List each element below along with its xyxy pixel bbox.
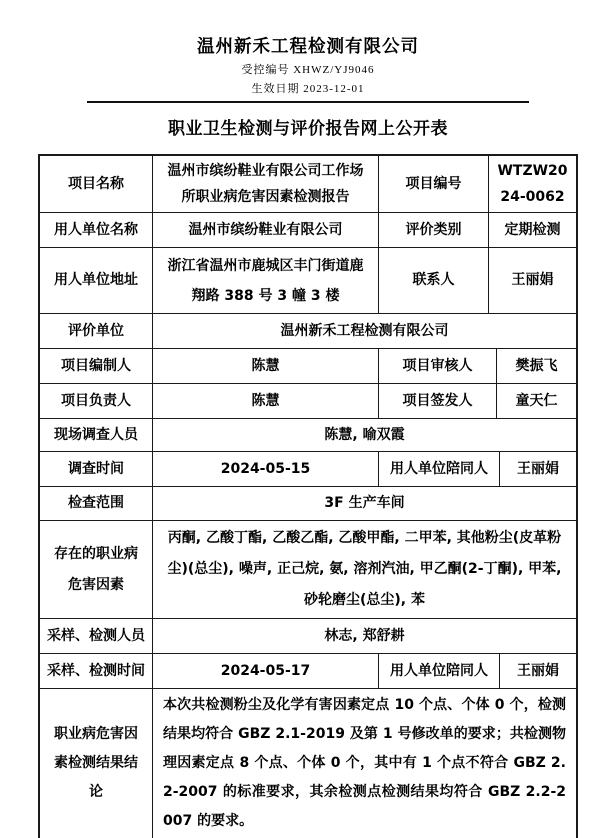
row-employer-name: 用人单位名称 温州市缤纷鞋业有限公司 评价类别 定期检测 [40, 213, 576, 248]
control-number-line: 受控编号 XHWZ/YJ9046 [0, 61, 616, 77]
project-signer-value: 童天仁 [497, 384, 576, 418]
sampling-escort-label: 用人单位陪同人 [379, 654, 500, 688]
evaluation-unit-label: 评价单位 [40, 314, 153, 348]
survey-time-label: 调查时间 [40, 452, 153, 486]
project-leader-label: 项目负责人 [40, 384, 153, 418]
survey-escort-value: 王丽娟 [500, 452, 576, 486]
report-table: 项目名称 温州市缤纷鞋业有限公司工作场所职业病危害因素检测报告 项目编号 WTZ… [38, 154, 578, 838]
row-hazard-factors: 存在的职业病 危害因素 丙酮, 乙酸丁酯, 乙酸乙酯, 乙酸甲酯, 二甲苯, 其… [40, 521, 576, 619]
sampling-staff-label: 采样、检测人员 [40, 619, 153, 653]
sampling-staff-value: 林志, 郑舒耕 [153, 619, 576, 653]
evaluation-type-value: 定期检测 [489, 213, 576, 247]
contact-value: 王丽娟 [489, 248, 576, 313]
row-project-compiler: 项目编制人 陈慧 项目审核人 樊振飞 [40, 349, 576, 384]
project-name-value: 温州市缤纷鞋业有限公司工作场所职业病危害因素检测报告 [153, 156, 379, 212]
hazard-factors-label: 存在的职业病 危害因素 [40, 521, 153, 618]
site-survey-staff-value: 陈慧, 喻双霞 [153, 419, 576, 451]
row-employer-address: 用人单位地址 浙江省温州市鹿城区丰门街道鹿翔路 388 号 3 幢 3 楼 联系… [40, 248, 576, 314]
row-sampling-time: 采样、检测时间 2024-05-17 用人单位陪同人 王丽娟 [40, 654, 576, 689]
page-title: 职业卫生检测与评价报告网上公开表 [0, 114, 616, 139]
conclusion-value: 本次共检测粉尘及化学有害因素定点 10 个点、个体 0 个，检测结果均符合 GB… [153, 689, 576, 838]
project-leader-value: 陈慧 [153, 384, 379, 418]
row-site-survey-staff: 现场调查人员 陈慧, 喻双霞 [40, 419, 576, 452]
row-survey-time: 调查时间 2024-05-15 用人单位陪同人 王丽娟 [40, 452, 576, 487]
row-inspection-scope: 检查范围 3F 生产车间 [40, 487, 576, 521]
header-divider [87, 101, 529, 103]
site-survey-staff-label: 现场调查人员 [40, 419, 153, 451]
project-signer-label: 项目签发人 [379, 384, 497, 418]
sampling-time-value: 2024-05-17 [153, 654, 379, 688]
survey-time-value: 2024-05-15 [153, 452, 379, 486]
sampling-escort-value: 王丽娟 [500, 654, 576, 688]
project-number-label: 项目编号 [379, 156, 489, 212]
evaluation-unit-value: 温州新禾工程检测有限公司 [153, 314, 576, 348]
contact-label: 联系人 [379, 248, 489, 313]
project-compiler-value: 陈慧 [153, 349, 379, 383]
letterhead: 温州新禾工程检测有限公司 受控编号 XHWZ/YJ9046 生效日期 2023-… [0, 0, 616, 139]
evaluation-type-label: 评价类别 [379, 213, 489, 247]
row-evaluation-unit: 评价单位 温州新禾工程检测有限公司 [40, 314, 576, 349]
hazard-factors-value: 丙酮, 乙酸丁酯, 乙酸乙酯, 乙酸甲酯, 二甲苯, 其他粉尘(皮革粉尘)(总尘… [153, 521, 576, 618]
employer-address-label: 用人单位地址 [40, 248, 153, 313]
row-sampling-staff: 采样、检测人员 林志, 郑舒耕 [40, 619, 576, 654]
sampling-time-label: 采样、检测时间 [40, 654, 153, 688]
project-number-value: WTZW2024-0062 [489, 156, 576, 212]
row-project-name: 项目名称 温州市缤纷鞋业有限公司工作场所职业病危害因素检测报告 项目编号 WTZ… [40, 156, 576, 213]
employer-address-value: 浙江省温州市鹿城区丰门街道鹿翔路 388 号 3 幢 3 楼 [153, 248, 379, 313]
inspection-scope-label: 检查范围 [40, 487, 153, 520]
employer-name-value: 温州市缤纷鞋业有限公司 [153, 213, 379, 247]
project-reviewer-value: 樊振飞 [497, 349, 576, 383]
effective-date-line: 生效日期 2023-12-01 [0, 80, 616, 96]
row-project-leader: 项目负责人 陈慧 项目签发人 童天仁 [40, 384, 576, 419]
inspection-scope-value: 3F 生产车间 [153, 487, 576, 520]
row-conclusion: 职业病危害因 素检测结果结 论 本次共检测粉尘及化学有害因素定点 10 个点、个… [40, 689, 576, 838]
survey-escort-label: 用人单位陪同人 [379, 452, 500, 486]
project-compiler-label: 项目编制人 [40, 349, 153, 383]
report-page: 温州新禾工程检测有限公司 受控编号 XHWZ/YJ9046 生效日期 2023-… [0, 0, 616, 838]
company-name: 温州新禾工程检测有限公司 [0, 33, 616, 58]
project-reviewer-label: 项目审核人 [379, 349, 497, 383]
employer-name-label: 用人单位名称 [40, 213, 153, 247]
conclusion-label: 职业病危害因 素检测结果结 论 [40, 689, 153, 838]
project-name-label: 项目名称 [40, 156, 153, 212]
